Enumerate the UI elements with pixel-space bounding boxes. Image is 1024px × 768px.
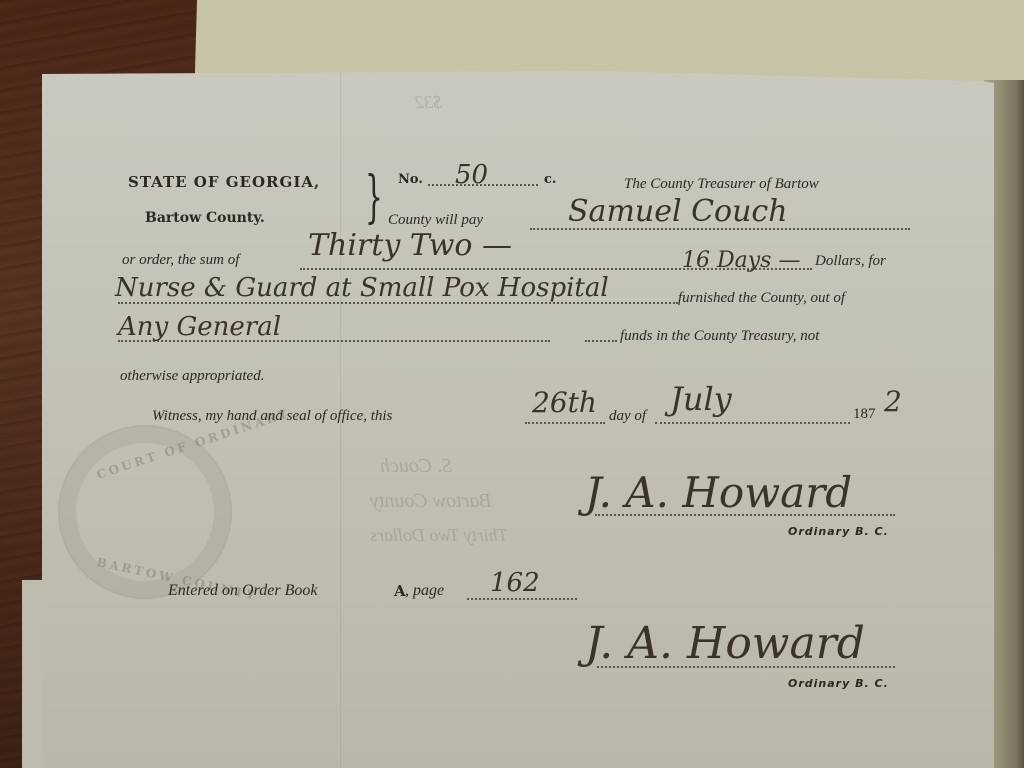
page-number: 162	[490, 568, 540, 598]
treasurer-line: The County Treasurer of Bartow	[624, 176, 819, 193]
signature-2-title: Ordinary B. C.	[788, 677, 889, 690]
day-dotted-line	[525, 422, 605, 424]
brace: }	[365, 170, 383, 226]
bleed-through-top: $32	[415, 92, 442, 113]
county-header: Bartow County.	[145, 210, 265, 226]
fund-handwritten: Any General	[118, 312, 281, 342]
fund-continuation: otherwise appropriated.	[120, 368, 264, 385]
bleed-through-line-3: Thirty Two Dollars	[370, 525, 508, 546]
fund-suffix: funds in the County Treasury, not	[620, 328, 819, 345]
days-note: 16 Days —	[682, 248, 800, 273]
month-dotted-line	[655, 422, 850, 424]
signature-1-title: Ordinary B. C.	[788, 525, 889, 538]
year-prefix: 187	[853, 406, 876, 423]
number-suffix: c.	[544, 172, 556, 187]
state-header: STATE OF GEORGIA,	[128, 173, 320, 191]
number-label: No.	[398, 172, 423, 187]
paper-left-strip	[22, 580, 44, 768]
year-suffix: 2	[884, 385, 902, 418]
sum-prefix: or order, the sum of	[122, 252, 239, 269]
day-of-label: day of	[609, 408, 646, 425]
order-number: 50	[455, 160, 488, 190]
bleed-through-line-1: S. Couch	[380, 455, 452, 478]
signature-1: J. A. Howard	[585, 468, 852, 517]
bleed-through-line-2: Bartow County	[370, 490, 492, 513]
page-dotted-line	[467, 598, 577, 600]
page-label: , page	[405, 582, 444, 600]
witness-prefix: Witness, my hand and seal of office, thi…	[152, 408, 392, 425]
order-book-prefix: Entered on Order Book	[168, 582, 317, 600]
order-book-letter: A	[394, 582, 406, 600]
payee-name: Samuel Couch	[568, 194, 788, 229]
purpose-handwritten: Nurse & Guard at Small Pox Hospital	[115, 273, 609, 303]
sum-suffix: Dollars, for	[815, 253, 886, 270]
purpose-suffix: furnished the County, out of	[678, 290, 845, 307]
witness-day: 26th	[532, 386, 597, 419]
signature-2: J. A. Howard	[585, 618, 865, 669]
amount-written: Thirty Two —	[308, 228, 512, 263]
will-pay-label: County will pay	[388, 212, 483, 229]
fund-dotted-line-2	[585, 340, 617, 342]
witness-month: July	[670, 380, 732, 418]
